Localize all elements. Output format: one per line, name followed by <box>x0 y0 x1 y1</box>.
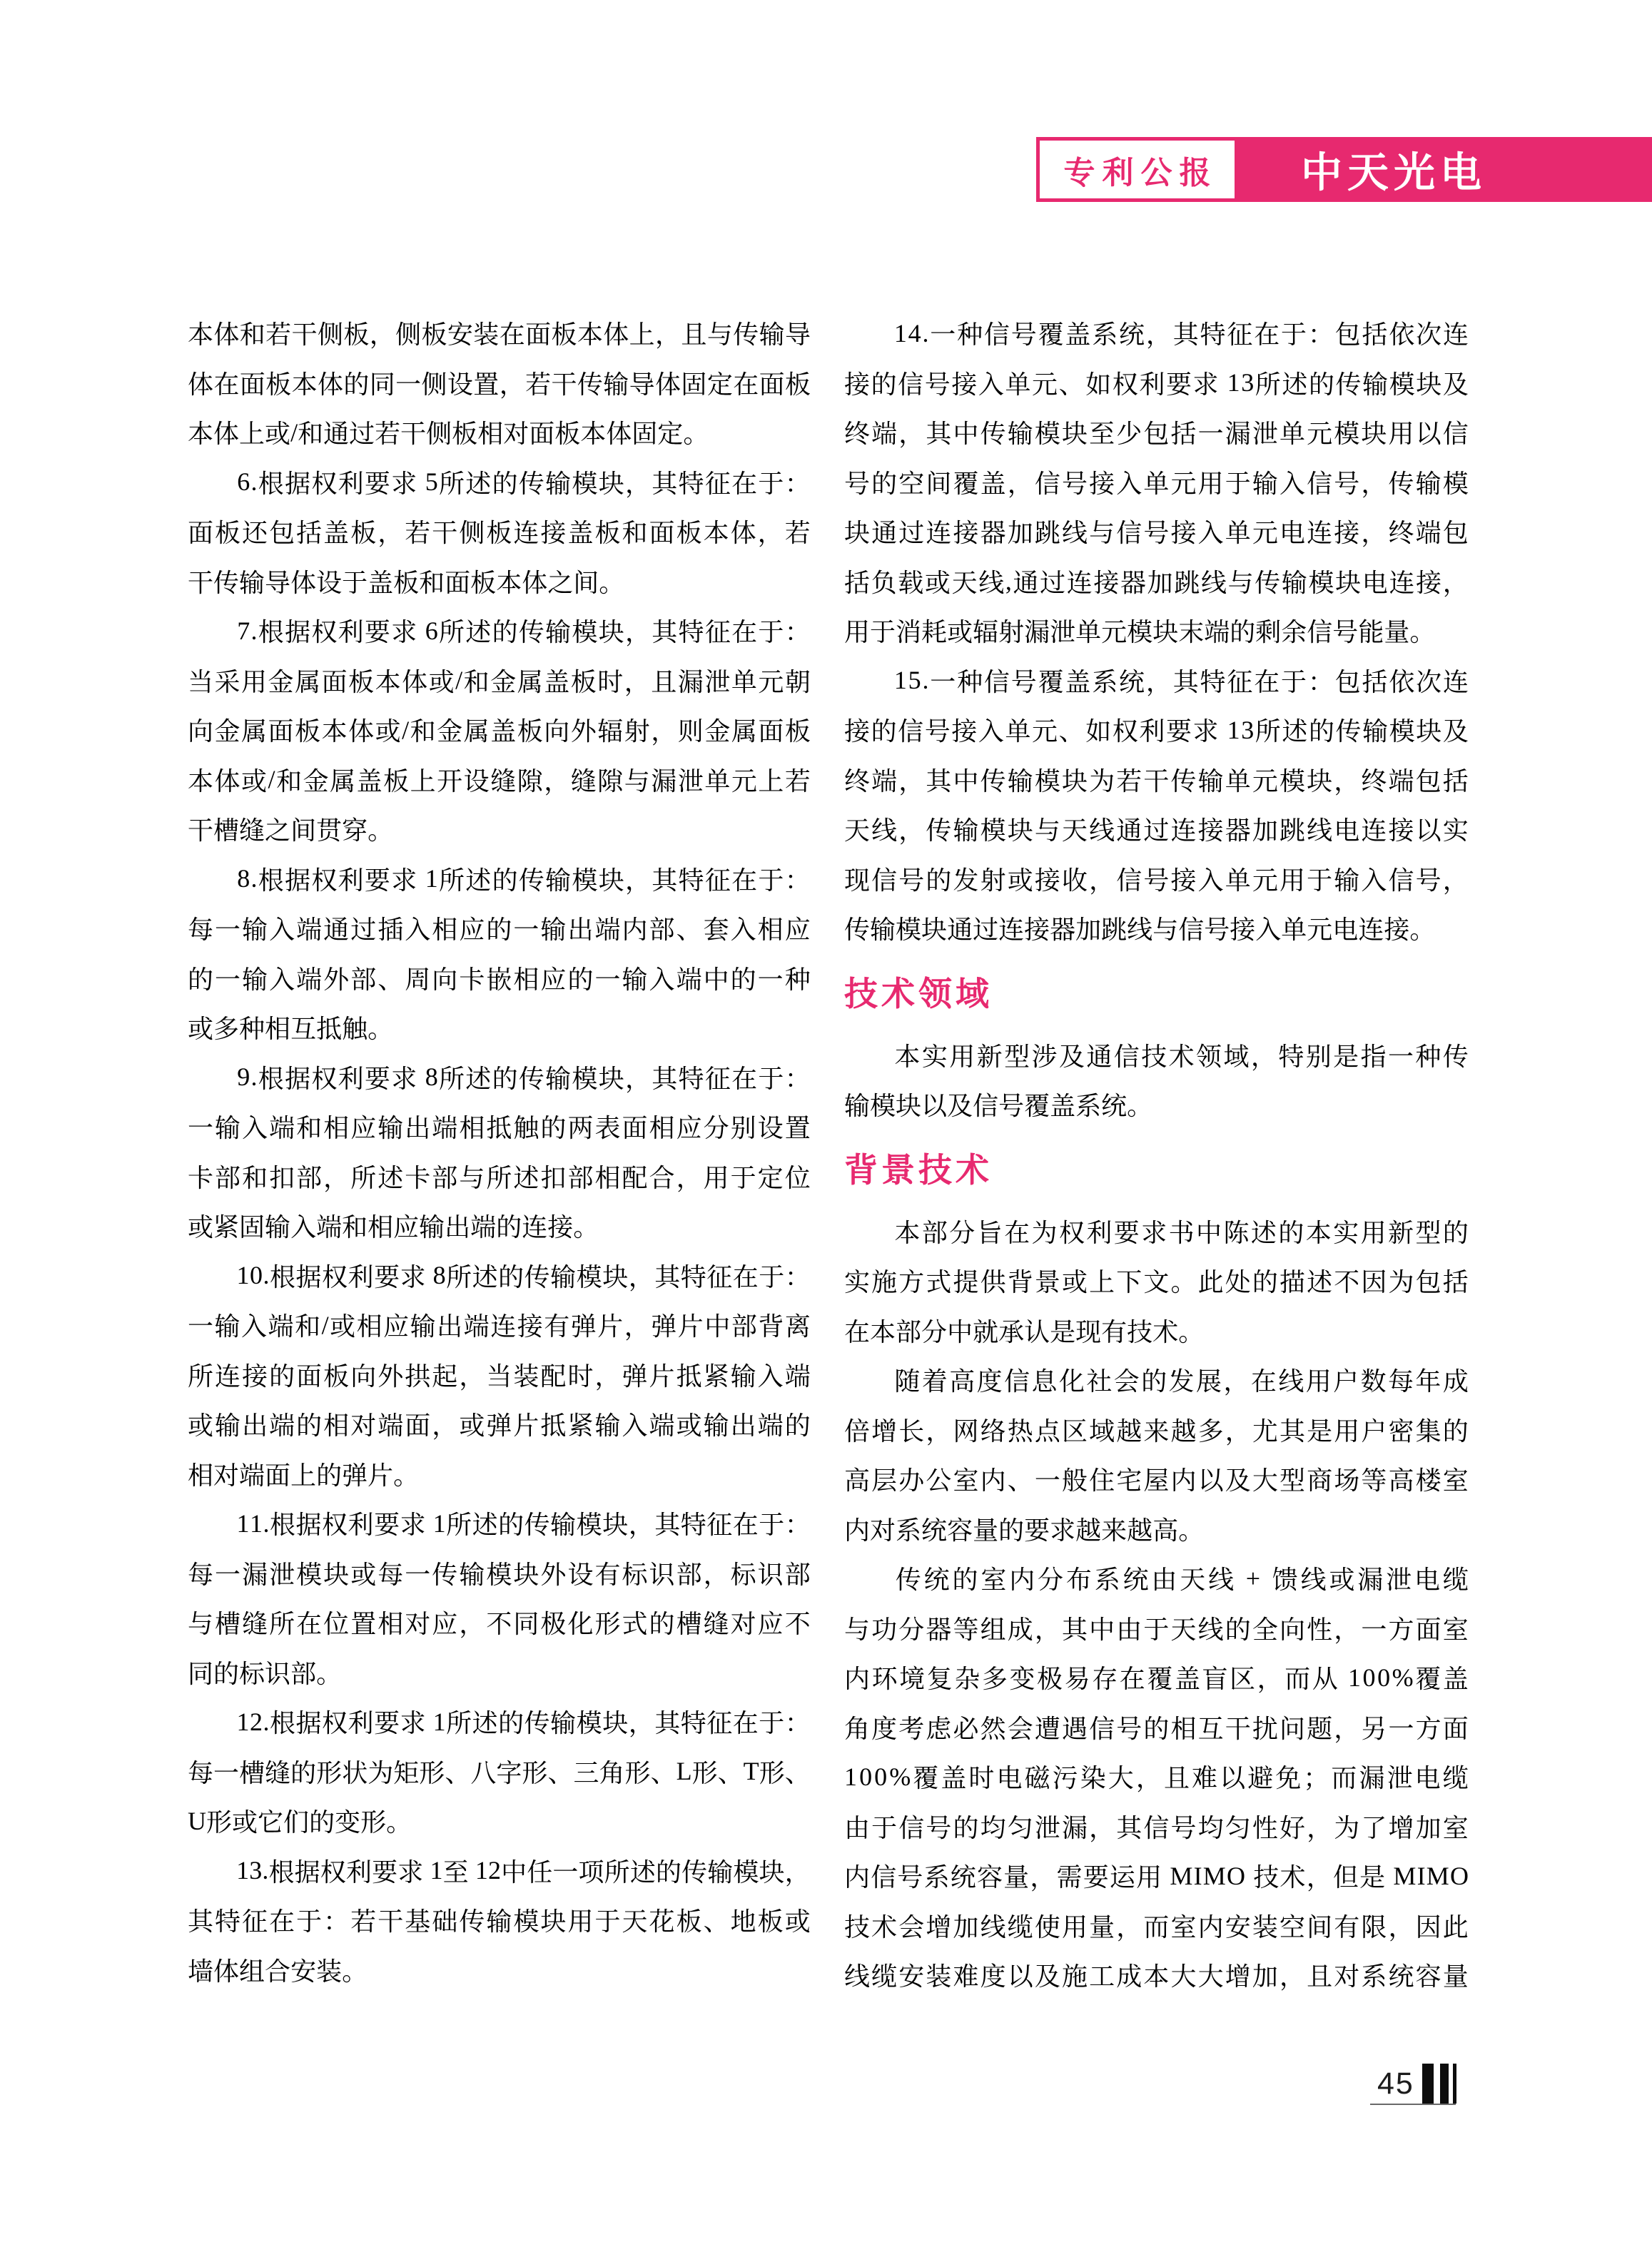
text-line: 每一输入端通过插入相应的一输出端内部、套入相应 <box>188 903 811 953</box>
text-line: 一输入端和相应输出端相抵触的两表面相应分别设置 <box>188 1102 811 1152</box>
text-line: 内对系统容量的要求越来越高。 <box>844 1504 1469 1554</box>
text-line: 9.根据权利要求 8所述的传输模块，其特征在于： <box>188 1052 811 1102</box>
text-line: 终端，其中传输模块至少包括一漏泄单元模块用以信 <box>844 407 1469 457</box>
page-number: 45 <box>1377 2066 1414 2101</box>
right-column: 14.一种信号覆盖系统，其特征在于：包括依次连接的信号接入单元、如权利要求 13… <box>844 308 1469 2000</box>
text-line: 卡部和扣部，所述卡部与所述扣部相配合，用于定位 <box>188 1152 811 1202</box>
text-line: 体在面板本体的同一侧设置，若干传输导体固定在面板 <box>188 358 811 408</box>
text-line: 高层办公室内、一般住宅屋内以及大型商场等高楼室 <box>844 1454 1469 1504</box>
text-line: 天线，传输模块与天线通过连接器加跳线电连接以实 <box>844 804 1469 854</box>
text-line: 在本部分中就承认是现有技术。 <box>844 1306 1469 1356</box>
text-line: 本体和若干侧板，侧板安装在面板本体上，且与传输导 <box>188 308 811 358</box>
text-line: 相对端面上的弹片。 <box>188 1449 811 1499</box>
text-line: 号的空间覆盖，信号接入单元用于输入信号，传输模 <box>844 457 1469 507</box>
gazette-label: 专利公报 <box>1057 147 1218 193</box>
text-line: 内信号系统容量，需要运用 MIMO 技术，但是 MIMO <box>844 1851 1469 1901</box>
text-line: 用于消耗或辐射漏泄单元模块末端的剩余信号能量。 <box>844 606 1469 656</box>
text-line: 传输模块通过连接器加跳线与信号接入单元电连接。 <box>844 903 1469 953</box>
text-line: 由于信号的均匀泄漏，其信号均匀性好，为了增加室 <box>844 1802 1469 1852</box>
text-line: 13.根据权利要求 1至 12中任一项所述的传输模块， <box>188 1846 811 1896</box>
text-line: 实施方式提供背景或上下文。此处的描述不因为包括 <box>844 1256 1469 1306</box>
text-line: 线缆安装难度以及施工成本大大增加，且对系统容量 <box>844 1950 1469 2000</box>
footer-bars-icon <box>1422 2064 1456 2104</box>
text-line: 终端，其中传输模块为若干传输单元模块，终端包括 <box>844 755 1469 805</box>
text-line: 每一槽缝的形状为矩形、八字形、三角形、L形、T形、 <box>188 1747 811 1797</box>
text-line: 6.根据权利要求 5所述的传输模块，其特征在于： <box>188 457 811 507</box>
text-line: 本部分旨在为权利要求书中陈述的本实用新型的 <box>844 1207 1469 1257</box>
text-line: 墙体组合安装。 <box>188 1945 811 1995</box>
text-line: 接的信号接入单元、如权利要求 13所述的传输模块及 <box>844 705 1469 755</box>
footer-bar <box>1440 2064 1449 2104</box>
text-line: 或多种相互抵触。 <box>188 1003 811 1052</box>
footer-bar <box>1453 2064 1456 2104</box>
text-line: 技术会增加线缆使用量，而室内安装空间有限，因此 <box>844 1901 1469 1951</box>
text-line: 本实用新型涉及通信技术领域，特别是指一种传 <box>844 1030 1469 1080</box>
text-line: 本体或/和金属盖板上开设缝隙，缝隙与漏泄单元上若 <box>188 755 811 805</box>
text-line: 向金属面板本体或/和金属盖板向外辐射，则金属面板 <box>188 705 811 755</box>
patent-page: 专利公报 中天光电 本体和若干侧板，侧板安装在面板本体上，且与传输导体在面板本体… <box>0 0 1652 2242</box>
text-line: 其特征在于：若干基础传输模块用于天花板、地板或 <box>188 1895 811 1945</box>
text-line: 块通过连接器加跳线与信号接入单元电连接，终端包 <box>844 507 1469 557</box>
text-line: 同的标识部。 <box>188 1648 811 1698</box>
text-line: 干传输导体设于盖板和面板本体之间。 <box>188 557 811 607</box>
text-line: 当采用金属面板本体或/和金属盖板时，且漏泄单元朝 <box>188 656 811 706</box>
left-column: 本体和若干侧板，侧板安装在面板本体上，且与传输导体在面板本体的同一侧设置，若干传… <box>188 308 811 1994</box>
footer-rule <box>1370 2104 1456 2105</box>
text-line: 14.一种信号覆盖系统，其特征在于：包括依次连 <box>844 308 1469 358</box>
text-line: 每一漏泄模块或每一传输模块外设有标识部，标识部 <box>188 1548 811 1598</box>
text-line: 随着高度信息化社会的发展，在线用户数每年成 <box>844 1355 1469 1405</box>
text-line: 括负载或天线,通过连接器加跳线与传输模块电连接， <box>844 557 1469 607</box>
text-line: 15.一种信号覆盖系统，其特征在于：包括依次连 <box>844 656 1469 706</box>
section-heading: 背景技术 <box>844 1130 1469 1207</box>
text-line: 接的信号接入单元、如权利要求 13所述的传输模块及 <box>844 358 1469 408</box>
footer-bar <box>1422 2064 1434 2104</box>
brand-bar: 中天光电 <box>1238 137 1652 202</box>
section-heading: 技术领域 <box>844 953 1469 1030</box>
text-line: 角度考虑必然会遭遇信号的相互干扰问题，另一方面 <box>844 1703 1469 1752</box>
text-line: 7.根据权利要求 6所述的传输模块，其特征在于： <box>188 606 811 656</box>
text-line: 所连接的面板向外拱起，当装配时，弹片抵紧输入端 <box>188 1350 811 1400</box>
text-line: 8.根据权利要求 1所述的传输模块，其特征在于： <box>188 854 811 904</box>
text-line: 12.根据权利要求 1所述的传输模块，其特征在于： <box>188 1697 811 1747</box>
text-line: 倍增长，网络热点区域越来越多，尤其是用户密集的 <box>844 1405 1469 1455</box>
text-line: 输模块以及信号覆盖系统。 <box>844 1080 1469 1130</box>
text-line: 11.根据权利要求 1所述的传输模块，其特征在于： <box>188 1498 811 1548</box>
text-line: 一输入端和/或相应输出端连接有弹片，弹片中部背离 <box>188 1300 811 1350</box>
text-line: 现信号的发射或接收，信号接入单元用于输入信号， <box>844 854 1469 904</box>
text-line: 100%覆盖时电磁污染大，且难以避免；而漏泄电缆 <box>844 1752 1469 1802</box>
text-line: 内环境复杂多变极易存在覆盖盲区，而从 100%覆盖 <box>844 1653 1469 1703</box>
text-line: 的一输入端外部、周向卡嵌相应的一输入端中的一种 <box>188 953 811 1003</box>
text-line: 与槽缝所在位置相对应，不同极化形式的槽缝对应不 <box>188 1598 811 1648</box>
text-line: 或输出端的相对端面，或弹片抵紧输入端或输出端的 <box>188 1399 811 1449</box>
text-line: U形或它们的变形。 <box>188 1796 811 1846</box>
brand-logo: 中天光电 <box>1301 138 1486 198</box>
text-line: 传统的室内分布系统由天线 + 馈线或漏泄电缆 <box>844 1553 1469 1603</box>
gazette-label-box: 专利公报 <box>1036 137 1238 202</box>
text-line: 干槽缝之间贯穿。 <box>188 804 811 854</box>
text-line: 10.根据权利要求 8所述的传输模块，其特征在于： <box>188 1251 811 1301</box>
text-line: 或紧固输入端和相应输出端的连接。 <box>188 1201 811 1251</box>
text-line: 本体上或/和通过若干侧板相对面板本体固定。 <box>188 407 811 457</box>
text-line: 面板还包括盖板，若干侧板连接盖板和面板本体，若 <box>188 507 811 557</box>
text-line: 与功分器等组成，其中由于天线的全向性，一方面室 <box>844 1603 1469 1653</box>
